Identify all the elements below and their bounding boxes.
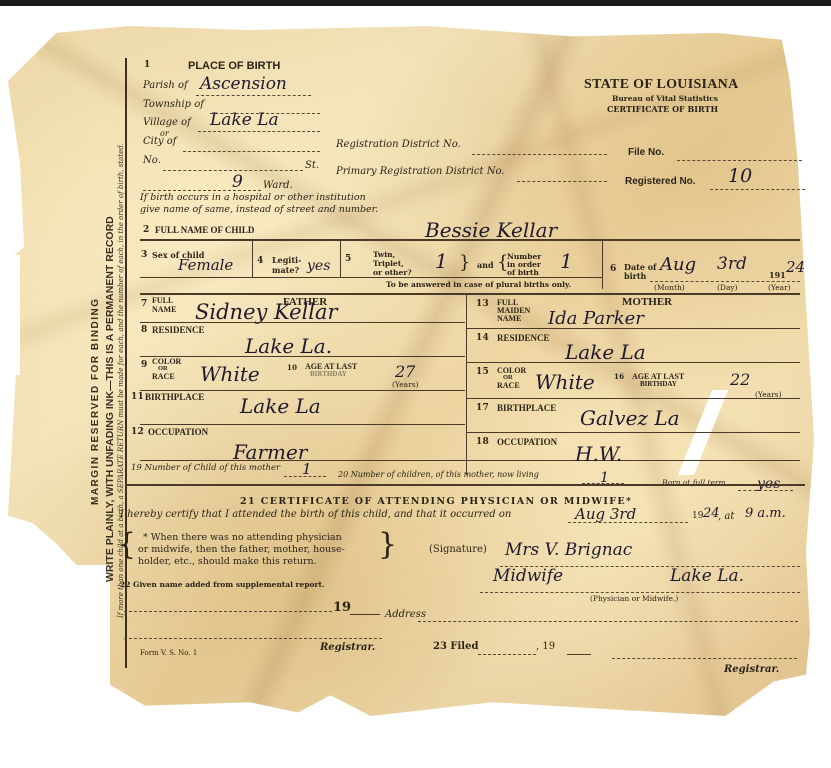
rule <box>140 460 800 461</box>
child-number-label: 19 Number of Child of this mother <box>131 463 280 473</box>
month-caption: (Month) <box>654 283 685 292</box>
mother-residence-value: Lake La <box>565 340 646 364</box>
registrar-label: Registrar. <box>724 664 779 675</box>
registered-number-value: 10 <box>728 165 752 187</box>
twin-label: Triplet, <box>373 259 404 268</box>
street-line <box>163 170 303 171</box>
field-number: 3 <box>141 250 147 260</box>
registration-district-line <box>472 154 607 155</box>
village-label: Village of <box>143 117 191 128</box>
brace: } <box>378 530 397 560</box>
rule <box>140 239 800 241</box>
mother-name-value: Ida Parker <box>548 308 644 329</box>
filed-year-prefix: , 19 <box>536 641 555 652</box>
date-of-birth-label: birth <box>624 271 646 281</box>
occurred-date-value: Aug 3rd <box>575 505 636 523</box>
birth-year-prefix: 191 <box>769 270 786 280</box>
father-birthplace-label: BIRTHPLACE <box>145 392 204 402</box>
rule <box>478 654 536 655</box>
bureau-name: Bureau of Vital Statistics <box>612 94 718 103</box>
plural-births-note: To be answered in case of plural births … <box>386 280 571 289</box>
rule <box>467 362 800 363</box>
field-number: 10 <box>287 363 297 372</box>
twin-value: 1 <box>435 249 448 273</box>
father-occupation-label: OCCUPATION <box>148 427 208 437</box>
village-line <box>198 131 320 132</box>
mother-race-label: RACE <box>497 381 520 390</box>
legitimate-label: mate? <box>272 265 299 275</box>
father-age-value: 27 <box>395 362 415 381</box>
father-race-value: White <box>200 362 260 386</box>
rule <box>467 328 800 329</box>
rule <box>140 293 800 295</box>
rule <box>124 611 332 612</box>
rule <box>140 424 465 425</box>
ward-label: Ward. <box>263 180 293 191</box>
parish-value: Ascension <box>200 74 287 94</box>
file-number-label: File No. <box>628 147 664 158</box>
father-race-label: OR <box>158 365 168 372</box>
paper-tear <box>0 255 20 375</box>
field-number: 9 <box>141 360 147 370</box>
street-number-label: No. <box>143 155 161 166</box>
rule <box>140 277 602 278</box>
day-caption: (Day) <box>717 283 738 292</box>
rule <box>612 658 797 659</box>
twin-label: Twin, <box>373 250 395 259</box>
state-title: STATE OF LOUISIANA <box>584 77 739 93</box>
rule <box>467 398 800 399</box>
rule <box>602 241 603 289</box>
ward-line <box>143 190 261 191</box>
brace: { <box>117 530 136 560</box>
parish-label: Parish of <box>143 80 188 91</box>
father-race-label: RACE <box>152 372 175 381</box>
birth-order-value: 1 <box>560 249 573 273</box>
legitimate-value: yes <box>307 258 330 274</box>
city-line <box>183 151 320 152</box>
twin-label: or other? <box>373 268 412 277</box>
street-label: St. <box>305 160 319 171</box>
mother-occupation-label: OCCUPATION <box>497 437 557 447</box>
mother-heading: MOTHER <box>622 296 672 308</box>
rule <box>480 592 800 593</box>
primary-district-line <box>517 181 607 182</box>
legitimate-label: Legiti- <box>272 255 301 265</box>
field-number: 18 <box>476 437 489 447</box>
rule <box>140 356 465 357</box>
birth-order-label: of birth <box>507 268 539 277</box>
scan-top-edge <box>0 0 831 6</box>
certify-statement: I hereby certify that I attended the bir… <box>120 509 511 520</box>
field-number: 4 <box>257 256 263 266</box>
mother-birthplace-value: Galvez La <box>580 406 680 430</box>
rule <box>340 241 341 277</box>
child-name-label: FULL NAME OF CHILD <box>155 225 254 235</box>
year-caption: (Year) <box>768 283 791 292</box>
place-of-birth-heading: PLACE OF BIRTH <box>188 60 280 72</box>
ward-value: 9 <box>232 172 243 192</box>
margin-binding-note: MARGIN RESERVED FOR BINDING <box>90 297 101 505</box>
filed-label: 23 Filed <box>433 641 478 652</box>
city-label: City of <box>143 136 176 147</box>
field-number: 13 <box>476 299 489 309</box>
attendant-title-value: Midwife <box>493 566 563 586</box>
mother-birthplace-label: BIRTHPLACE <box>497 403 556 413</box>
rule <box>252 241 253 277</box>
rule <box>466 295 467 475</box>
physician-midwife-caption: (Physician or Midwife.) <box>590 594 678 603</box>
rule <box>350 614 380 615</box>
and-label: and <box>477 260 494 270</box>
no-attendant-note: holder, etc., should make this return. <box>138 556 317 567</box>
address-line <box>418 621 798 622</box>
mother-race-label: OR <box>503 374 513 381</box>
field-number: 2 <box>143 225 149 235</box>
rule <box>567 654 591 655</box>
father-birthplace-value: Lake La <box>240 394 321 418</box>
mother-name-label: NAME <box>497 314 521 323</box>
margin-rule <box>125 58 127 668</box>
margin-permanent-record-note: WRITE PLAINLY, WITH UNFADING INK—THIS IS… <box>104 216 116 582</box>
supplemental-year-prefix: 19 <box>333 600 351 615</box>
occurred-time-value: 9 a.m. <box>745 506 786 521</box>
mother-age-label: BIRTHDAY <box>640 380 677 388</box>
field-number: 8 <box>141 325 147 335</box>
rule <box>125 484 805 486</box>
file-number-line <box>677 160 802 161</box>
mother-age-value: 22 <box>730 370 750 389</box>
birth-year-value: 24 <box>786 258 805 276</box>
field-number: 5 <box>345 254 351 264</box>
brace: } <box>459 252 470 273</box>
field-number: 16 <box>614 372 624 381</box>
father-name-label: NAME <box>152 305 176 314</box>
rule <box>124 638 382 639</box>
father-age-label: BIRTHDAY <box>310 370 347 378</box>
mother-residence-label: RESIDENCE <box>497 333 550 343</box>
paper-tear <box>0 565 110 768</box>
registered-number-label: Registered No. <box>625 176 696 187</box>
children-living-label: 20 Number of children, of this mother, n… <box>338 470 539 479</box>
signature-label: (Signature) <box>429 544 487 555</box>
registered-number-line <box>710 189 805 190</box>
field-number: 17 <box>476 403 489 413</box>
at-label: , at <box>718 511 734 522</box>
field-number: 14 <box>476 333 489 343</box>
birth-day-value: 3rd <box>717 254 747 274</box>
child-number-value: 1 <box>302 460 312 478</box>
parish-line <box>196 95 311 96</box>
rule <box>140 390 465 391</box>
field-number: 6 <box>610 264 616 274</box>
attending-certificate-heading: 21 CERTIFICATE OF ATTENDING PHYSICIAN OR… <box>240 496 632 507</box>
no-attendant-note: * When there was no attending physician <box>143 532 342 543</box>
field-number: 12 <box>131 427 144 437</box>
father-residence-label: RESIDENCE <box>152 325 205 335</box>
registration-district-label: Registration District No. <box>336 139 461 150</box>
father-name-label: FULL <box>152 296 173 305</box>
mother-race-value: White <box>535 370 595 394</box>
township-label: Township of <box>143 99 204 110</box>
birth-month-value: Aug <box>660 254 696 275</box>
hospital-note: give name of same, instead of street and… <box>140 204 378 215</box>
address-label: Address <box>385 609 426 620</box>
rule <box>140 322 465 323</box>
hospital-note: If birth occurs in a hospital or other i… <box>140 192 366 203</box>
certificate-title: CERTIFICATE OF BIRTH <box>607 104 718 114</box>
village-value: Lake La <box>210 110 279 130</box>
occurred-year-prefix: 19 <box>692 511 703 521</box>
father-residence-value: Lake La. <box>245 334 332 358</box>
registrar-label: Registrar. <box>320 642 375 653</box>
signature-value: Mrs V. Brignac <box>505 540 632 560</box>
form-id: Form V. S. No. 1 <box>140 649 197 657</box>
sex-value: Female <box>178 256 233 274</box>
attendant-location-value: Lake La. <box>670 566 744 586</box>
primary-district-label: Primary Registration District No. <box>336 166 504 177</box>
father-name-value: Sidney Kellar <box>195 300 338 324</box>
no-attendant-note: or midwife, then the father, mother, hou… <box>138 544 345 555</box>
field-number: 11 <box>131 392 144 402</box>
years-caption: (Years) <box>392 380 419 389</box>
field-number: 7 <box>141 299 147 309</box>
section-number: 1 <box>144 60 150 70</box>
mother-occupation-value: H.W. <box>575 442 622 466</box>
rule <box>650 281 800 282</box>
rule <box>467 432 800 433</box>
field-number: 15 <box>476 367 489 377</box>
supplemental-report-label: 22 Given name added from supplemental re… <box>120 580 325 589</box>
